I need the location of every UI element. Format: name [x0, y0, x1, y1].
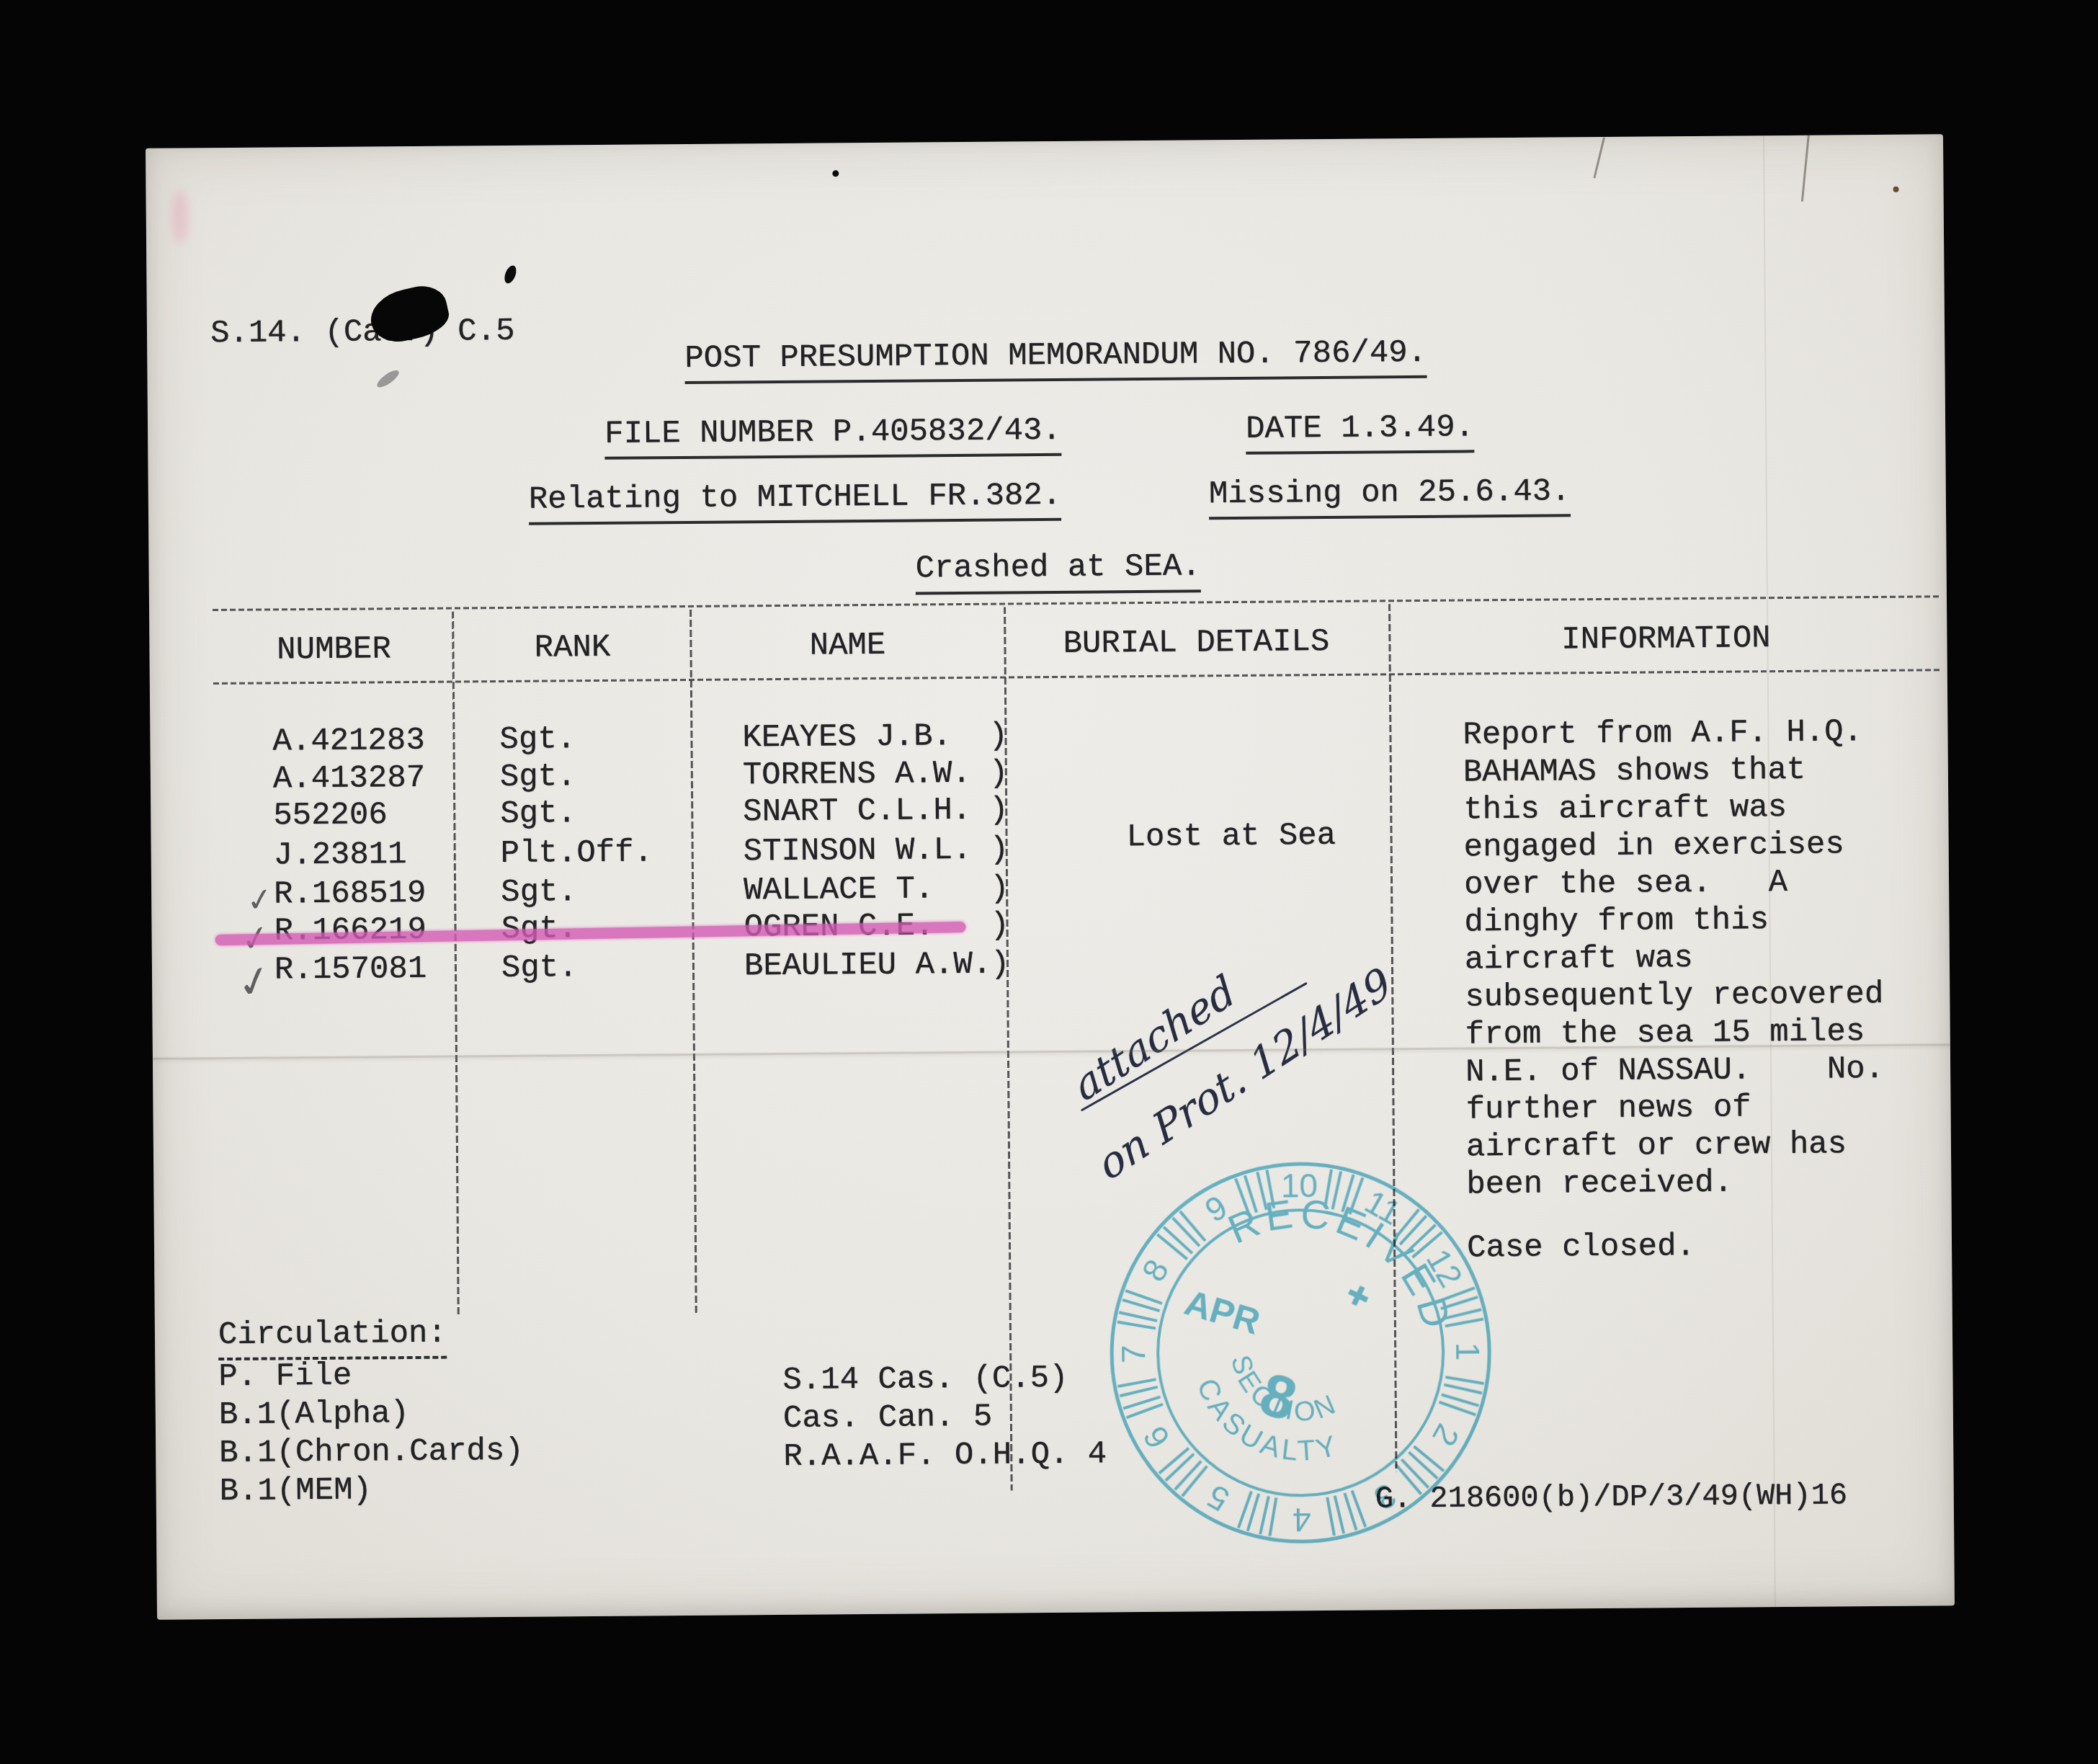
information-line: over the sea. A: [1464, 864, 1787, 904]
crew-bracket: ): [989, 754, 1009, 792]
stamp-tick: [1335, 1496, 1344, 1534]
crew-name: BEAULIEU A.W.: [744, 946, 992, 986]
stamp-tick: [1117, 1379, 1156, 1386]
stamp-tick: [1414, 1446, 1445, 1471]
edge-tear-2: [1801, 135, 1810, 202]
crew-number: R.157081: [274, 950, 427, 989]
information-line: Report from A.F. H.Q.: [1463, 713, 1862, 754]
circulation-heading: Circulation:: [218, 1315, 447, 1354]
stamp-tick: [1260, 1496, 1269, 1534]
information-line: dinghy from this: [1464, 901, 1769, 941]
information-text: Report from A.F. H.Q.BAHAMAS shows thatt…: [146, 134, 1943, 148]
missing-line: Missing on 25.6.43.: [1209, 473, 1571, 513]
subtitle: Crashed at SEA.: [1058, 547, 1344, 594]
stamp-clock-number: 1: [1449, 1342, 1486, 1360]
information-line: N.E. of NASSAU. No.: [1465, 1051, 1884, 1092]
stamp-tick: [1396, 1464, 1421, 1494]
stamp-clock-number: 7: [1115, 1345, 1152, 1363]
stamp-tick: [1401, 1459, 1428, 1488]
distribution-item: S.14 Cas. (C.5): [782, 1360, 1068, 1399]
table-header-number: NUMBER: [277, 631, 391, 669]
relating-line: Relating to MITCHELL FR.382.: [529, 477, 1062, 519]
page-title: POST PRESUMPTION MEMORANDUM NO. 786/49.: [684, 334, 1427, 378]
crew-name: WALLACE T.: [744, 870, 934, 909]
crew-number: R.168519: [274, 875, 427, 914]
stamp-clock-number: 5: [1201, 1477, 1236, 1519]
paper-smudge: [375, 367, 401, 390]
stamp-tick: [1180, 1211, 1205, 1242]
crew-rank: Sgt.: [500, 795, 576, 833]
circulation-item: P. File: [218, 1358, 352, 1396]
information-line: engaged in exercises: [1463, 826, 1844, 866]
distribution-item: Cas. Can. 5: [783, 1399, 993, 1438]
circulation-item: B.1(Chron.Cards): [219, 1433, 524, 1472]
stamp-cross-icon: ✚: [1341, 1278, 1375, 1316]
stamp-clock-number: 4: [1293, 1501, 1311, 1538]
crew-number: A.413287: [273, 759, 426, 798]
crew-rank: Sgt.: [501, 949, 578, 987]
distribution-item: R.A.A.F. O.H.Q. 4: [783, 1435, 1107, 1476]
circulation-heading-text: Circulation:: [218, 1316, 447, 1360]
stamp-tick: [1327, 1497, 1334, 1536]
date-label: DATE 1.3.49.: [1246, 409, 1474, 447]
table-row: ✓R.157081Sgt.BEAULIEU A.W.): [146, 134, 1943, 148]
stamp-tick: [1159, 1448, 1189, 1474]
circulation-item: B.1(Alpha): [219, 1395, 409, 1434]
stamp-clock-number: 8: [1134, 1253, 1176, 1288]
table-row: A.413287Sgt.TORRENS A.W.): [146, 134, 1943, 148]
stamp-tick: [1444, 1384, 1482, 1394]
received-stamp: 101112123456789 RECEIVED CASUALTY SECTIO…: [1097, 1149, 1504, 1556]
information-line: BAHAMAS shows that: [1463, 752, 1806, 792]
page-title-text: POST PRESUMPTION MEMORANDUM NO. 786/49.: [684, 335, 1427, 384]
subtitle-text: Crashed at SEA.: [915, 548, 1201, 594]
crew-bracket: ): [990, 870, 1009, 907]
crew-table-body: A.421283Sgt.KEAYES J.B.)A.413287Sgt.TORR…: [146, 134, 1943, 148]
stamp-tick: [1174, 1461, 1201, 1490]
paper-speck-2: [832, 170, 839, 177]
crew-rank: Sgt.: [501, 873, 577, 912]
stamp-month: APR: [1180, 1282, 1264, 1342]
crew-rank: Plt.Off.: [501, 834, 653, 873]
relating-text: Relating to MITCHELL FR.382.: [529, 478, 1062, 525]
crew-name: STINSON W.L.: [744, 832, 972, 870]
crew-bracket: ): [988, 717, 1008, 754]
information-line: subsequently recovered: [1465, 976, 1883, 1017]
crew-rank: Sgt.: [499, 721, 576, 759]
crew-number: 552206: [273, 796, 388, 834]
date-text: DATE 1.3.49.: [1246, 409, 1474, 454]
paper-speck-1: [502, 264, 519, 285]
stamp-tick: [1120, 1387, 1158, 1396]
missing-text: Missing on 25.6.43.: [1209, 473, 1571, 520]
circulation-list: P. FileB.1(Alpha)B.1(Chron.Cards)B.1(MEM…: [146, 134, 1943, 148]
table-header-name: NAME: [809, 627, 885, 665]
stamp-tick: [1445, 1377, 1483, 1384]
pencil-checkmark: ✓: [244, 880, 276, 920]
stamp-tick: [1409, 1452, 1437, 1479]
table-header-rank: RANK: [534, 629, 610, 667]
table-divider-2: [689, 610, 697, 1313]
table-row: ✓R.168519Sgt.WALLACE T.): [146, 134, 1943, 148]
stamp-tick: [1164, 1226, 1192, 1253]
distribution-list: S.14 Cas. (C.5)Cas. Can. 5R.A.A.F. O.H.Q…: [146, 134, 1943, 148]
information-line: this aircraft was: [1463, 789, 1787, 829]
file-number: FILE NUMBER P.405832/43.: [604, 412, 1061, 453]
crew-name: KEAYES J.B.: [742, 718, 952, 757]
crew-number: A.421283: [272, 722, 425, 761]
crew-bracket: ): [989, 791, 1009, 829]
pink-edge-smudge: [171, 190, 188, 243]
paper-speck-3: [1893, 187, 1899, 192]
crew-number: J.23811: [274, 836, 407, 874]
table-header-row: NUMBERRANKNAMEBURIAL DETAILSINFORMATION: [146, 134, 1943, 148]
crew-name: SNART C.L.H.: [743, 792, 971, 831]
crew-name: TORRENS A.W.: [743, 755, 971, 794]
pencil-checkmark: ✓: [231, 954, 277, 1010]
edge-tear-1: [1593, 137, 1605, 178]
crew-rank: Sgt.: [500, 758, 576, 796]
file-number-text: FILE NUMBER P.405832/43.: [604, 413, 1061, 460]
stamp-clock-number: 2: [1425, 1418, 1467, 1453]
stamp-clock-number: 3: [1368, 1476, 1403, 1518]
burial-details-value: Lost at Sea: [1126, 817, 1336, 856]
stamp-tick: [1119, 1312, 1157, 1322]
crew-bracket: ): [989, 831, 1009, 868]
table-row: J.23811Plt.Off.STINSON W.L.): [146, 134, 1943, 148]
table-row: 552206Sgt.SNART C.L.H.): [146, 134, 1943, 148]
information-line: aircraft or crew has: [1466, 1126, 1847, 1166]
stamp-tick: [1157, 1234, 1187, 1260]
information-line: further news of: [1465, 1089, 1751, 1128]
crew-bracket: ): [991, 945, 1010, 983]
information-line: aircraft was: [1465, 940, 1693, 979]
stamp-tick: [1117, 1322, 1156, 1329]
memorandum-paper: S.14. (Cas.) C.5 POST PRESUMPTION MEMORA…: [146, 134, 1955, 1620]
scanned-document-page: S.14. (Cas.) C.5 POST PRESUMPTION MEMORA…: [0, 0, 2098, 1764]
information-line: been received.: [1466, 1164, 1733, 1204]
table-header-information: INFORMATION: [1561, 620, 1771, 659]
table-header-rule: [213, 669, 1942, 685]
stamp-tick: [1182, 1466, 1208, 1497]
table-header-burial-details: BURIAL DETAILS: [1063, 623, 1329, 663]
stamp-tick: [1173, 1218, 1200, 1247]
file-ref: S.14. (Cas.) C.5: [210, 313, 515, 352]
table-row: A.421283Sgt.KEAYES J.B.): [146, 134, 1943, 148]
crew-bracket: ): [990, 906, 1009, 944]
stamp-clock-number: 6: [1135, 1420, 1177, 1455]
table-row: ✓R.166219Sgt.OGREN C.E.): [146, 134, 1943, 148]
stamp-tick: [1269, 1497, 1277, 1536]
circulation-item: B.1(MEM): [219, 1471, 372, 1510]
table-top-rule: [213, 595, 1942, 611]
table-divider-1: [452, 611, 460, 1314]
stamp-tick: [1166, 1454, 1195, 1481]
